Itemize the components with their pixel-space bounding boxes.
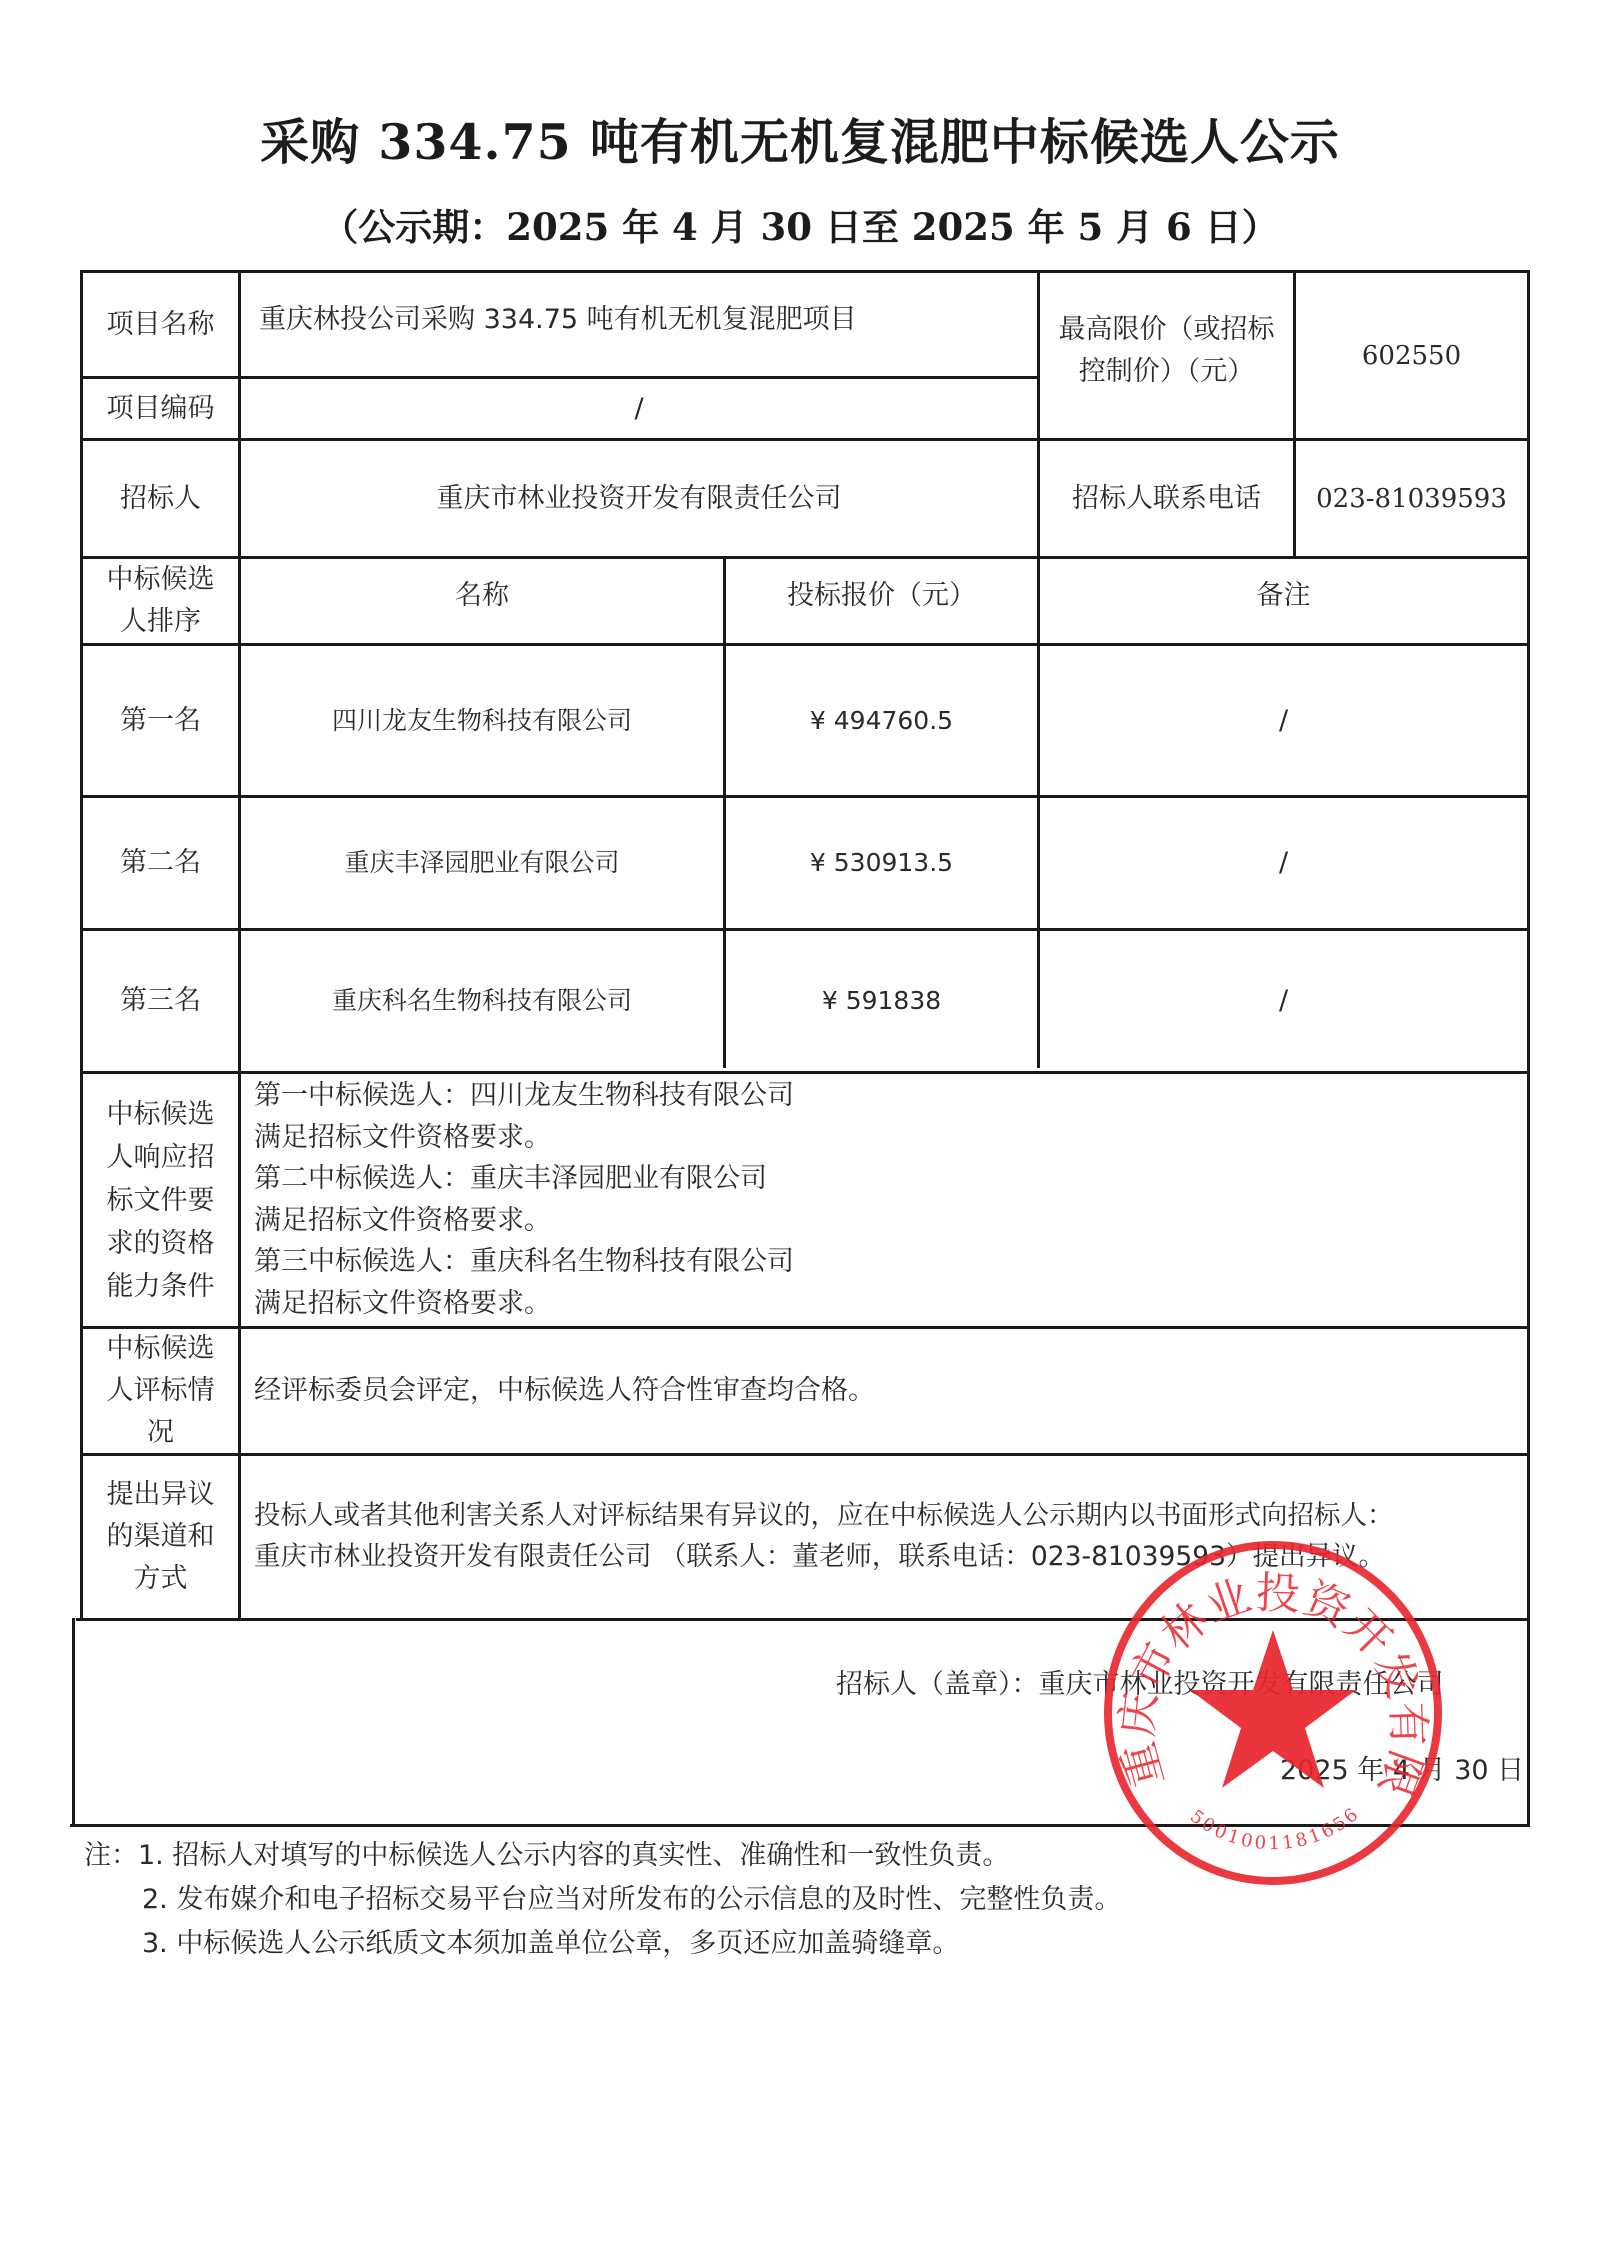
candidate-price: ¥ 494760.5 xyxy=(726,646,1037,795)
tenderer-label: 招标人 xyxy=(83,441,238,556)
objection-content: 投标人或者其他利害关系人对评标结果有异议的，应在中标候选人公示期内以书面形式向招… xyxy=(254,1495,1394,1577)
max-price-label-line1: 最高限价（或招标 xyxy=(1059,309,1275,351)
qualification-content: 第一中标候选人：四川龙友生物科技有限公司 满足招标文件资格要求。 第二中标候选人… xyxy=(254,1075,794,1324)
name-header: 名称 xyxy=(241,559,723,643)
max-price-label-line2: 控制价）（元） xyxy=(1079,351,1255,393)
evaluation-label: 中标候选 人评标情 况 xyxy=(83,1329,238,1453)
candidate-price: ¥ 530913.5 xyxy=(726,798,1037,928)
candidate-remark: / xyxy=(1040,931,1527,1071)
candidate-remark: / xyxy=(1040,646,1527,795)
candidate-name: 四川龙友生物科技有限公司 xyxy=(241,646,723,795)
signature-date: 2025 年 4 月 30 日 xyxy=(1280,1750,1524,1792)
tenderer-phone-label: 招标人联系电话 xyxy=(1040,441,1293,556)
candidate-remark: / xyxy=(1040,798,1527,928)
candidate-rank: 第二名 xyxy=(83,798,238,928)
project-name-value: 重庆林投公司采购 334.75 吨有机无机复混肥项目 xyxy=(241,273,1037,376)
evaluation-label-line: 中标候选 xyxy=(107,1328,215,1370)
evaluation-label-line: 况 xyxy=(147,1412,174,1454)
objection-line: 重庆市林业投资开发有限责任公司 （联系人：董老师，联系电话：023-810395… xyxy=(254,1536,1394,1577)
notes-prefix: 注： xyxy=(84,1840,138,1871)
project-code-value: / xyxy=(241,379,1037,438)
qualification-label-line: 能力条件 xyxy=(107,1265,215,1308)
note-item: 1. 招标人对填写的中标候选人公示内容的真实性、准确性和一致性负责。 xyxy=(138,1840,1009,1871)
max-price-label: 最高限价（或招标 控制价）（元） xyxy=(1040,273,1293,438)
objection-label-line: 的渠道和 xyxy=(107,1516,215,1558)
candidate-rank: 第三名 xyxy=(83,931,238,1071)
price-header: 投标报价（元） xyxy=(726,559,1037,643)
qualification-line: 满足招标文件资格要求。 xyxy=(254,1283,794,1325)
project-code-label: 项目编码 xyxy=(83,379,238,438)
qualification-line: 满足招标文件资格要求。 xyxy=(254,1200,794,1242)
qualification-label-line: 人响应招 xyxy=(107,1136,215,1179)
project-name-label: 项目名称 xyxy=(83,273,238,376)
note-item: 2. 发布媒介和电子招标交易平台应当对所发布的公示信息的及时性、完整性负责。 xyxy=(84,1878,1121,1922)
objection-label-line: 提出异议 xyxy=(107,1474,215,1516)
qualification-line: 第一中标候选人：四川龙友生物科技有限公司 xyxy=(254,1075,794,1117)
qualification-line: 满足招标文件资格要求。 xyxy=(254,1117,794,1159)
rank-header-line1: 中标候选 xyxy=(107,559,215,601)
candidate-name: 重庆科名生物科技有限公司 xyxy=(241,931,723,1071)
page-title: 采购 334.75 吨有机无机复混肥中标候选人公示 xyxy=(0,104,1600,174)
remark-header: 备注 xyxy=(1040,559,1527,643)
max-price-value: 602550 xyxy=(1296,273,1527,438)
tenderer-phone-value: 023-81039593 xyxy=(1296,441,1527,556)
qualification-label: 中标候选 人响应招 标文件要 求的资格 能力条件 xyxy=(83,1074,238,1326)
tenderer-value: 重庆市林业投资开发有限责任公司 xyxy=(241,441,1037,556)
rank-header-line2: 人排序 xyxy=(120,601,201,643)
qualification-label-line: 标文件要 xyxy=(107,1179,215,1222)
qualification-line: 第二中标候选人：重庆丰泽园肥业有限公司 xyxy=(254,1158,794,1200)
note-item: 3. 中标候选人公示纸质文本须加盖单位公章，多页还应加盖骑缝章。 xyxy=(84,1922,1121,1966)
publicity-period: （公示期：2025 年 4 月 30 日至 2025 年 5 月 6 日） xyxy=(0,197,1600,251)
rank-header: 中标候选 人排序 xyxy=(83,559,238,643)
company-seal-icon: 重庆市林业投资开发有限责任公司 5001001181656 xyxy=(1100,1540,1446,1886)
objection-label-line: 方式 xyxy=(134,1558,188,1600)
candidate-name: 重庆丰泽园肥业有限公司 xyxy=(241,798,723,928)
qualification-label-line: 求的资格 xyxy=(107,1222,215,1265)
seal-code: 5001001181656 xyxy=(1186,1803,1365,1855)
qualification-line: 第三中标候选人：重庆科名生物科技有限公司 xyxy=(254,1241,794,1283)
evaluation-label-line: 人评标情 xyxy=(107,1370,215,1412)
footnotes: 注：1. 招标人对填写的中标候选人公示内容的真实性、准确性和一致性负责。 2. … xyxy=(84,1834,1121,1966)
candidate-rank: 第一名 xyxy=(83,646,238,795)
objection-line: 投标人或者其他利害关系人对评标结果有异议的，应在中标候选人公示期内以书面形式向招… xyxy=(254,1495,1394,1536)
qualification-label-line: 中标候选 xyxy=(107,1093,215,1136)
svg-text:5001001181656: 5001001181656 xyxy=(1186,1803,1365,1855)
objection-label: 提出异议 的渠道和 方式 xyxy=(83,1456,238,1618)
candidate-price: ¥ 591838 xyxy=(726,931,1037,1071)
signer: 招标人（盖章）：重庆市林业投资开发有限责任公司 xyxy=(836,1664,1444,1706)
evaluation-text: 经评标委员会评定，中标候选人符合性审查均合格。 xyxy=(241,1329,1527,1453)
